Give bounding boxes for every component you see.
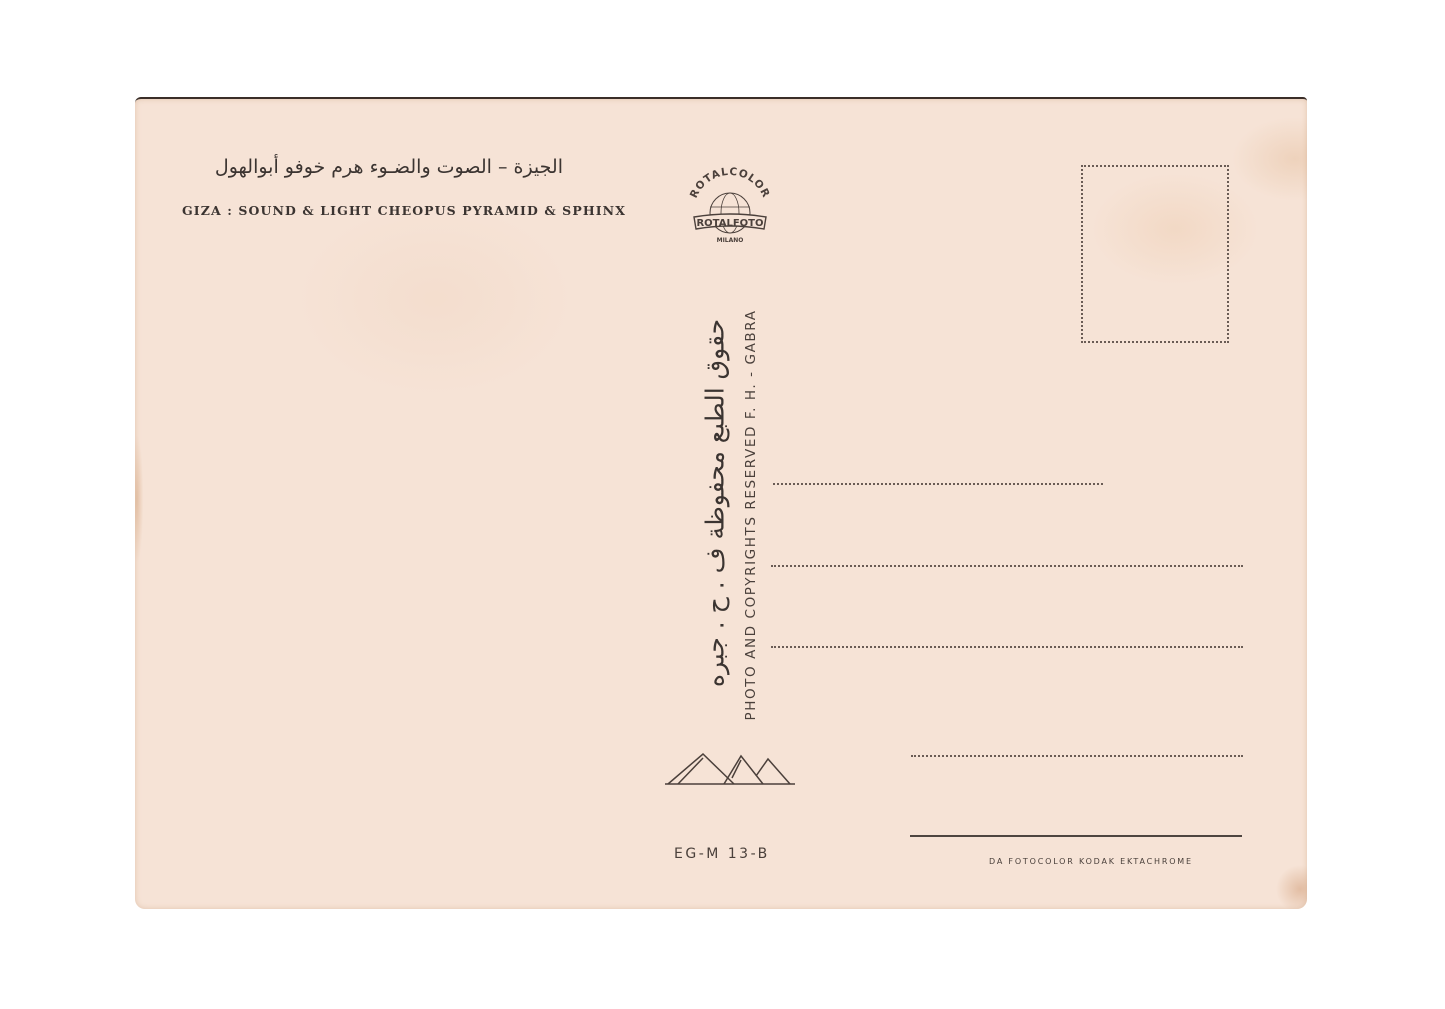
logo-top-text: ROTALCOLOR	[688, 166, 772, 200]
title-arabic: الجيزة – الصوت والضـوء هرم خوفو أبوالهول	[183, 156, 563, 178]
address-line-3	[771, 646, 1243, 648]
copyright-arabic: حقوق الطبع محفوظة ف . ح . جبره	[701, 319, 730, 687]
pyramids-icon	[660, 748, 800, 790]
address-line-1	[773, 483, 1103, 485]
logo-bottom-text: MILANO	[717, 237, 744, 244]
address-line-2	[771, 565, 1243, 567]
stamp-box	[1081, 165, 1229, 343]
copyright-english: PHOTO AND COPYRIGHTS RESERVED F. H. - GA…	[743, 309, 759, 720]
card-code: EG-M 13-B	[674, 846, 770, 862]
logo-banner-text: ROTALFOTO	[696, 218, 763, 229]
divider-line	[910, 835, 1242, 837]
svg-text:ROTALCOLOR: ROTALCOLOR	[688, 166, 772, 200]
rotalcolor-logo-icon: ROTALCOLOR ROTALFOTO MILANO	[680, 165, 780, 245]
title-english: GIZA : SOUND & LIGHT CHEOPUS PYRAMID & S…	[182, 203, 626, 218]
film-credit: DA FOTOCOLOR KODAK EKTACHROME	[989, 857, 1193, 866]
address-line-4	[911, 755, 1243, 757]
